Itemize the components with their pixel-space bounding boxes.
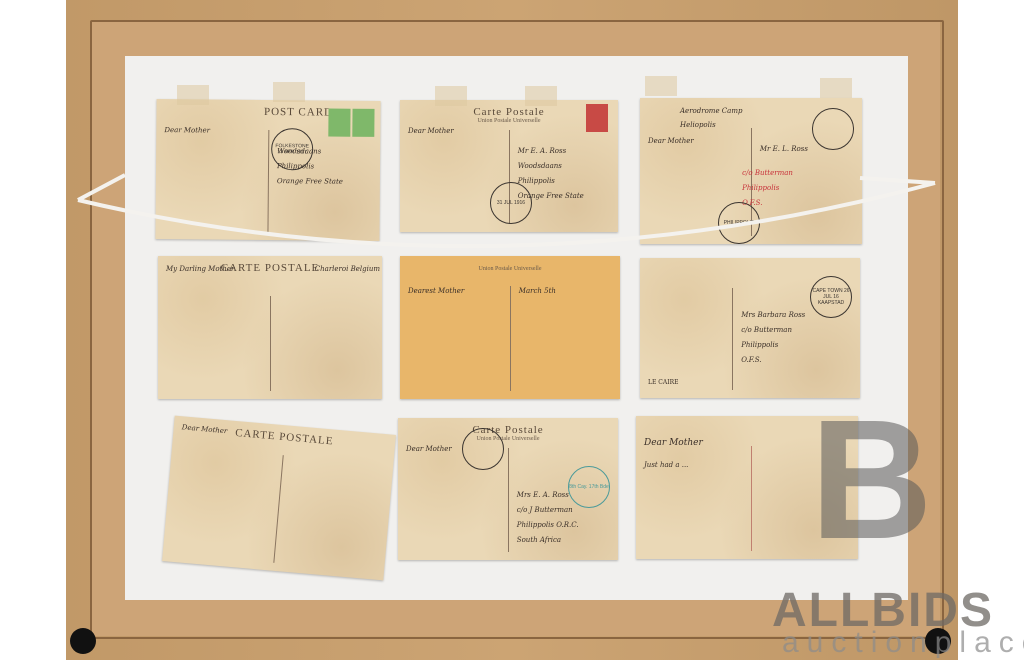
watermark-tagline: auctionplace bbox=[782, 626, 1024, 660]
rubber-bumper bbox=[70, 628, 96, 654]
watermark-logo: B bbox=[810, 395, 933, 565]
